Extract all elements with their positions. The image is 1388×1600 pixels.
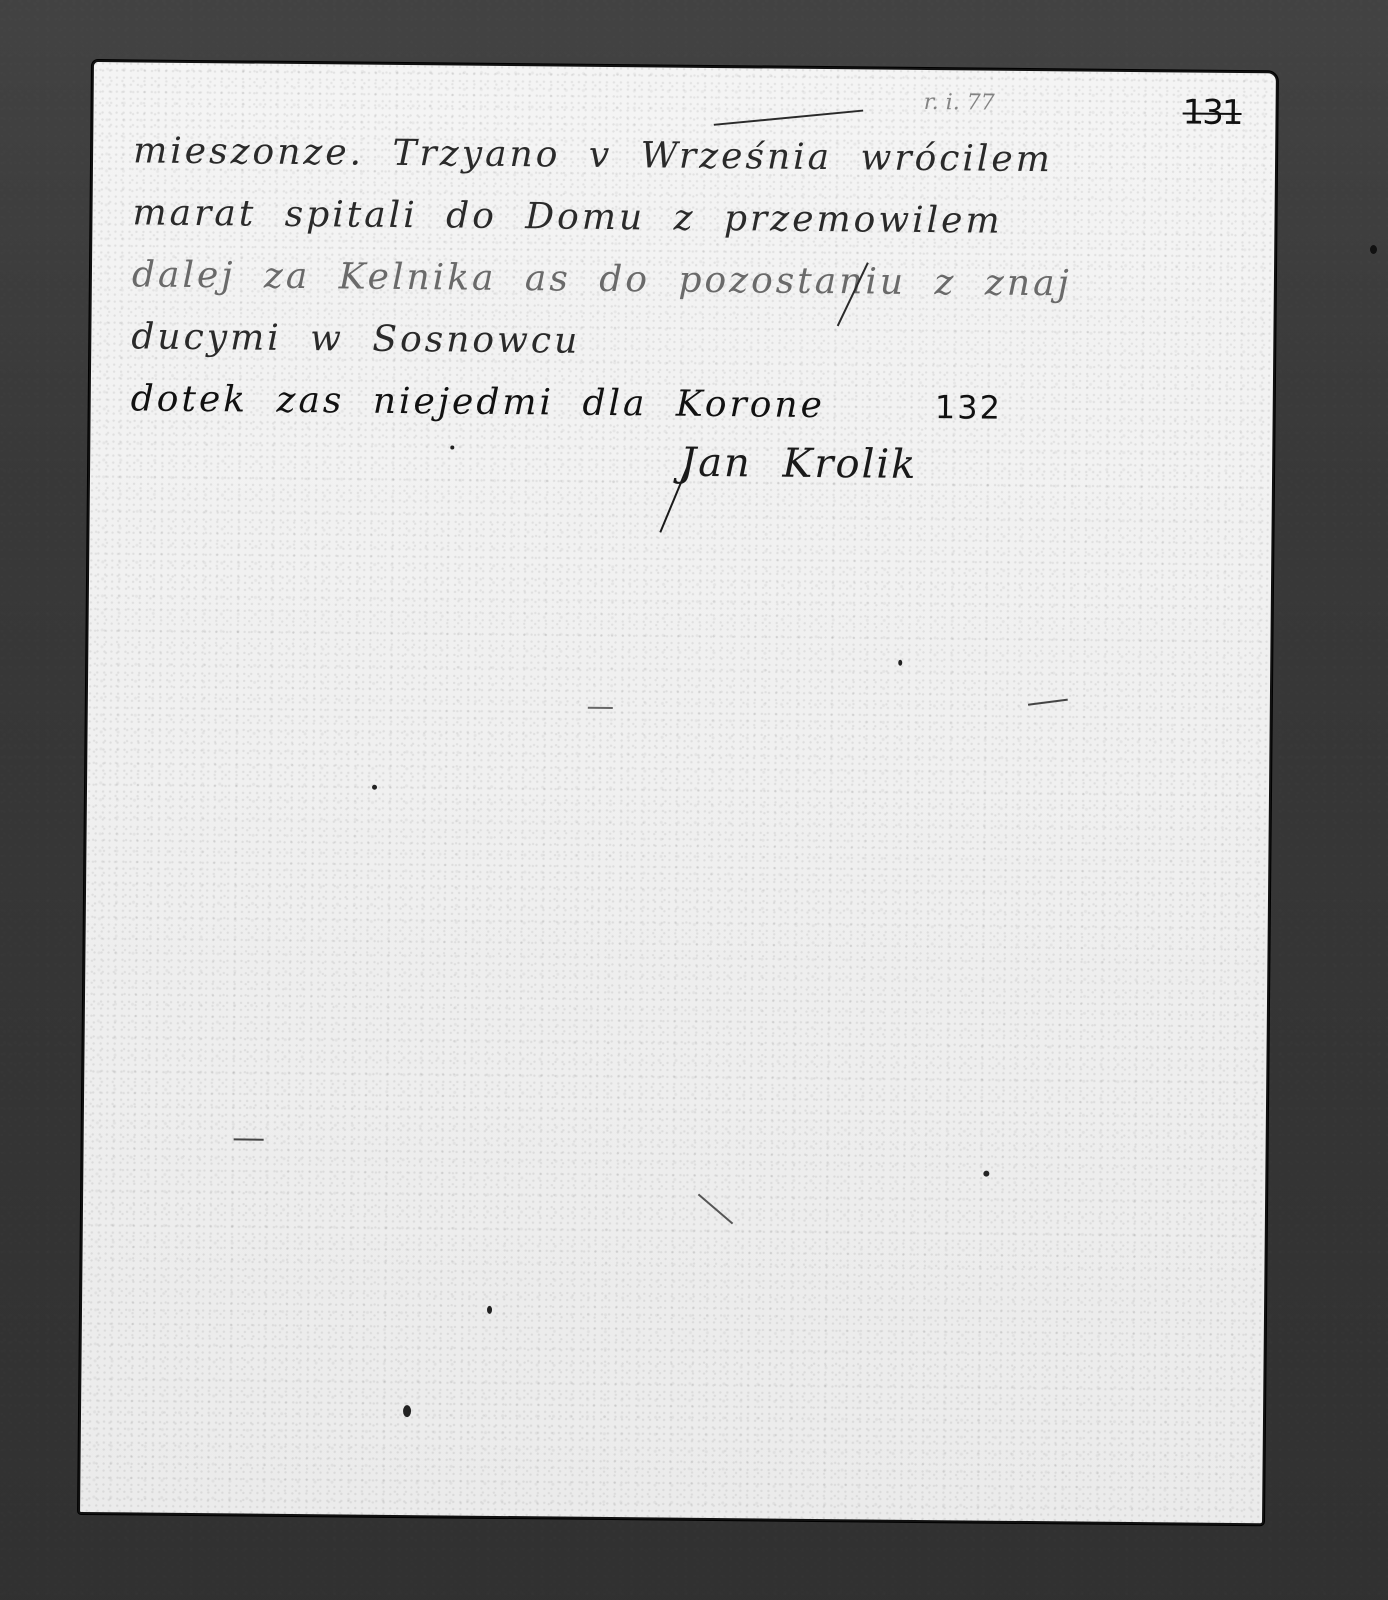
text-line: marat spitali do Domu z przemowilem — [132, 182, 1253, 255]
scan-scratch — [1028, 699, 1068, 706]
scan-speck — [450, 445, 454, 449]
scan-speck — [898, 660, 902, 666]
scan-scratch — [698, 1194, 733, 1225]
scan-speck — [1370, 245, 1377, 254]
handwritten-text: mieszonze. Trzyano v Września wrócilem m… — [130, 120, 1253, 441]
scan-speck — [487, 1306, 492, 1314]
text-line: dalej za Kelnika as do pozostaniu z znaj — [132, 244, 1253, 317]
text-line: dotek zas niejedmi dla Korone — [130, 368, 825, 437]
scan-scratch — [234, 1138, 264, 1140]
scan-speck — [403, 1405, 411, 1417]
text-line: mieszonze. Trzyano v Września wrócilem — [133, 120, 1254, 193]
scan-speck — [372, 785, 377, 790]
document-page: r. i. 77 131 mieszonze. Trzyano v Wrześn… — [78, 60, 1278, 1525]
signature: Jan Krolik — [680, 440, 918, 488]
text-line-with-entry-number: dotek zas niejedmi dla Korone 132 — [130, 368, 1251, 441]
signature-flourish — [659, 467, 688, 532]
pen-flourish — [714, 110, 864, 126]
folio-number: 131 — [1182, 92, 1241, 133]
scan-speck — [983, 1171, 989, 1177]
faint-page-mark: r. i. 77 — [924, 90, 995, 116]
entry-number: 132 — [935, 376, 1003, 439]
scan-scratch — [588, 707, 613, 709]
text-line: ducymi w Sosnowcu — [131, 306, 1252, 379]
